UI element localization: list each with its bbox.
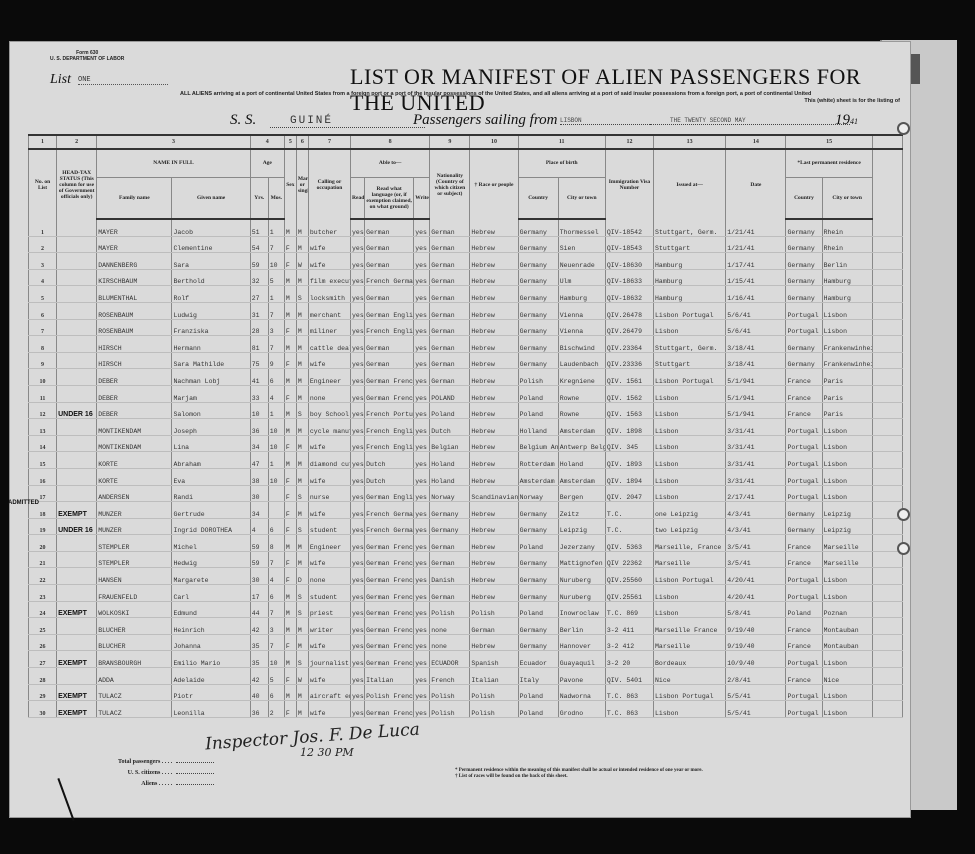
can-write: yes xyxy=(414,452,430,469)
residence-country: Germany xyxy=(786,518,822,535)
issued-at: Nice xyxy=(654,668,726,685)
race: Hebrew xyxy=(470,236,518,253)
family-name: KORTE xyxy=(97,468,172,485)
admitted-stamp: ADMITTED xyxy=(8,500,38,506)
head-tax-status xyxy=(57,585,97,602)
age-years: 35 xyxy=(250,651,268,668)
age-years: 32 xyxy=(250,269,268,286)
blank-cell xyxy=(872,269,902,286)
header-family-name: Family name xyxy=(97,177,172,219)
birth-country: Germany xyxy=(518,502,558,519)
row-number: 8 xyxy=(29,336,57,353)
issued-at: Lisbon xyxy=(654,402,726,419)
sex: M xyxy=(284,535,296,552)
nationality: Germany xyxy=(430,518,470,535)
residence-city: Poznan xyxy=(822,601,872,618)
marital-status: M xyxy=(296,551,308,568)
marital-status: M xyxy=(296,618,308,635)
family-name: FRAUENFELD xyxy=(97,585,172,602)
age-years: 30 xyxy=(250,485,268,502)
can-write: yes xyxy=(414,634,430,651)
visa-date: 9/19/40 xyxy=(726,618,786,635)
head-tax-status xyxy=(57,336,97,353)
read-language: German xyxy=(365,253,414,270)
age-months: 7 xyxy=(268,601,284,618)
can-read: yes xyxy=(351,668,365,685)
head-tax-status xyxy=(57,319,97,336)
age-months: 6 xyxy=(268,684,284,701)
can-read: yes xyxy=(351,369,365,386)
occupation: Engineer xyxy=(308,369,350,386)
issued-at: Lisbon xyxy=(654,601,726,618)
head-tax-status: UNDER 16 xyxy=(57,518,97,535)
residence-country: Germany xyxy=(786,286,822,303)
residence-country: Germany xyxy=(786,352,822,369)
race: Hebrew xyxy=(470,535,518,552)
residence-country: France xyxy=(786,551,822,568)
birth-city: Thormessel xyxy=(558,219,605,236)
residence-city: Rhein xyxy=(822,236,872,253)
given-name: Adelaide xyxy=(172,668,250,685)
list-value: ONE xyxy=(78,76,168,85)
header-read: Read xyxy=(351,177,365,219)
total-passengers: Total passengers . . . . xyxy=(118,757,214,768)
blank-cell xyxy=(872,485,902,502)
race: Hebrew xyxy=(470,219,518,236)
birth-city: Antwerp Belgium xyxy=(558,435,605,452)
nationality: German xyxy=(430,219,470,236)
age-years: 4 xyxy=(250,518,268,535)
can-write: yes xyxy=(414,402,430,419)
race: Hebrew xyxy=(470,585,518,602)
residence-city: Leipzig xyxy=(822,518,872,535)
family-name: HANSEN xyxy=(97,568,172,585)
table-row: 9HIRSCHSara Mathilde759FMwifeyesGermanye… xyxy=(29,352,903,369)
race: Hebrew xyxy=(470,634,518,651)
col-num: 9 xyxy=(430,135,470,149)
table-row: 15KORTEAbraham471MMdiamond cutteryesDutc… xyxy=(29,452,903,469)
head-tax-status: EXEMPT xyxy=(57,651,97,668)
header-no-on-list: No. on List xyxy=(29,149,57,219)
marital-status: M xyxy=(296,369,308,386)
residence-country: Portugal xyxy=(786,452,822,469)
sex: M xyxy=(284,419,296,436)
given-name: Hedwig xyxy=(172,551,250,568)
head-tax-status xyxy=(57,236,97,253)
race: Scandinavian xyxy=(470,485,518,502)
issued-at: Stuttgart xyxy=(654,236,726,253)
residence-city: Lisbon xyxy=(822,568,872,585)
nationality: Holand xyxy=(430,452,470,469)
visa-date: 4/20/41 xyxy=(726,568,786,585)
age-years: 41 xyxy=(250,369,268,386)
issued-at: Lisbon xyxy=(654,485,726,502)
given-name: Nachman Lobj xyxy=(172,369,250,386)
visa-number: T.C. 863 xyxy=(605,684,653,701)
residence-country: Germany xyxy=(786,502,822,519)
visa-number: QIV-18633 xyxy=(605,269,653,286)
issued-at: Lisbon xyxy=(654,701,726,718)
row-number: 21 xyxy=(29,551,57,568)
head-tax-status xyxy=(57,369,97,386)
age-years: 59 xyxy=(250,253,268,270)
visa-date: 3/5/41 xyxy=(726,535,786,552)
visa-date: 2/17/41 xyxy=(726,485,786,502)
birth-city: Holand xyxy=(558,452,605,469)
can-write: yes xyxy=(414,485,430,502)
race: Hebrew xyxy=(470,319,518,336)
race: Hebrew xyxy=(470,352,518,369)
marital-status: W xyxy=(296,668,308,685)
visa-number: QIV-18543 xyxy=(605,236,653,253)
age-months: 3 xyxy=(268,618,284,635)
head-tax-status xyxy=(57,435,97,452)
birth-country: Germany xyxy=(518,352,558,369)
head-tax-status xyxy=(57,385,97,402)
can-write: yes xyxy=(414,684,430,701)
occupation: wife xyxy=(308,551,350,568)
birth-city: Rowne xyxy=(558,385,605,402)
sex: F xyxy=(284,668,296,685)
residence-city: Lisbon xyxy=(822,302,872,319)
head-tax-status xyxy=(57,568,97,585)
can-read: yes xyxy=(351,236,365,253)
table-row: 27EXEMPTBRANSBOURGHEmilio Mario3510MSjou… xyxy=(29,651,903,668)
year-label: 19 xyxy=(835,112,850,128)
residence-country: Portugal xyxy=(786,568,822,585)
residence-city: Montauban xyxy=(822,618,872,635)
read-language: German French xyxy=(365,551,414,568)
age-months: 10 xyxy=(268,435,284,452)
birth-country: Norway xyxy=(518,485,558,502)
occupation: none xyxy=(308,568,350,585)
sex: F xyxy=(284,568,296,585)
sex: F xyxy=(284,701,296,718)
residence-country: France xyxy=(786,402,822,419)
occupation: boy School xyxy=(308,402,350,419)
read-language: German French English xyxy=(365,618,414,635)
race: Hebrew xyxy=(470,402,518,419)
birth-city: Bergen xyxy=(558,485,605,502)
can-write: yes xyxy=(414,518,430,535)
race: Polish xyxy=(470,601,518,618)
residence-city: Lisbon xyxy=(822,468,872,485)
occupation: aircraft engineer xyxy=(308,684,350,701)
header-read-language: Read what language (or, if exemption cla… xyxy=(365,177,414,219)
occupation: Engineer xyxy=(308,535,350,552)
header-able-to: Able to— xyxy=(351,149,430,177)
given-name: Heinrich xyxy=(172,618,250,635)
marital-status: M xyxy=(296,352,308,369)
marital-status: M xyxy=(296,634,308,651)
nationality: Dutch xyxy=(430,419,470,436)
race: Hebrew xyxy=(470,385,518,402)
residence-city: Hamburg xyxy=(822,286,872,303)
age-months: 9 xyxy=(268,352,284,369)
visa-number: QIV.23364 xyxy=(605,336,653,353)
can-write: yes xyxy=(414,419,430,436)
row-number: 6 xyxy=(29,302,57,319)
residence-city: Paris xyxy=(822,402,872,419)
row-number: 4 xyxy=(29,269,57,286)
nationality: none xyxy=(430,634,470,651)
row-number: 7 xyxy=(29,319,57,336)
table-row: 6ROSENBAUMLudwig317MMmerchantyesGerman E… xyxy=(29,302,903,319)
can-write: yes xyxy=(414,253,430,270)
family-name: ROSENBAUM xyxy=(97,302,172,319)
header-place-of-birth: Place of birth xyxy=(518,149,605,177)
table-row: 21STEMPLERHedwig597FMwifeyesGerman Frenc… xyxy=(29,551,903,568)
read-language: German xyxy=(365,352,414,369)
col-num: 3 xyxy=(97,135,251,149)
occupation: diamond cutter xyxy=(308,452,350,469)
table-row: 13MONTIKENDAMJoseph3610MMcycle manufac.y… xyxy=(29,419,903,436)
visa-date: 1/17/41 xyxy=(726,253,786,270)
row-number: 23 xyxy=(29,585,57,602)
age-years: 36 xyxy=(250,701,268,718)
blank-cell xyxy=(872,668,902,685)
issued-at: Lisbon Portugal xyxy=(654,369,726,386)
marital-status: S xyxy=(296,585,308,602)
birth-city: Ulm xyxy=(558,269,605,286)
blank-cell xyxy=(872,352,902,369)
birth-city: Vienna xyxy=(558,319,605,336)
blank-cell xyxy=(872,419,902,436)
row-number: 29 xyxy=(29,684,57,701)
table-row: 28ADDAAdelaide425FWwifeyesItalianyesFren… xyxy=(29,668,903,685)
occupation: wife xyxy=(308,634,350,651)
sailing-label: Passengers sailing from xyxy=(413,112,557,129)
head-tax-status xyxy=(57,419,97,436)
can-read: yes xyxy=(351,551,365,568)
col-num: 10 xyxy=(470,135,518,149)
race: Hebrew xyxy=(470,369,518,386)
occupation: wife xyxy=(308,352,350,369)
read-language: German French Polish xyxy=(365,385,414,402)
head-tax-status: EXEMPT xyxy=(57,684,97,701)
birth-country: Germany xyxy=(518,319,558,336)
col-num: 11 xyxy=(518,135,605,149)
residence-country: Portugal xyxy=(786,419,822,436)
race: Hebrew xyxy=(470,568,518,585)
nationality: ECUADOR xyxy=(430,651,470,668)
marital-status: S xyxy=(296,485,308,502)
visa-date: 3/5/41 xyxy=(726,551,786,568)
manifest-sheet: Form 630 U. S. DEPARTMENT OF LABOR List … xyxy=(10,42,910,817)
sex: M xyxy=(284,336,296,353)
given-name: Jacob xyxy=(172,219,250,236)
issued-at: Lisbon xyxy=(654,585,726,602)
visa-number: QIV.23336 xyxy=(605,352,653,369)
given-name: Edmund xyxy=(172,601,250,618)
row-number: 25 xyxy=(29,618,57,635)
given-name: Margarete xyxy=(172,568,250,585)
nationality: German xyxy=(430,585,470,602)
punch-hole xyxy=(897,122,910,135)
visa-number: T.C. xyxy=(605,518,653,535)
nationality: Belgian xyxy=(430,435,470,452)
read-language: German French English xyxy=(365,568,414,585)
can-write: yes xyxy=(414,568,430,585)
page-title: LIST OR MANIFEST OF ALIEN PASSENGERS FOR… xyxy=(350,64,910,116)
given-name: Hermann xyxy=(172,336,250,353)
age-years: 27 xyxy=(250,286,268,303)
can-read: yes xyxy=(351,502,365,519)
sex: M xyxy=(284,269,296,286)
visa-date: 1/21/41 xyxy=(726,236,786,253)
occupation: student xyxy=(308,585,350,602)
row-number: 1 xyxy=(29,219,57,236)
given-name: Johanna xyxy=(172,634,250,651)
head-tax-status xyxy=(57,535,97,552)
head-tax-status xyxy=(57,468,97,485)
table-row: 3DANNENBERGSara5910FWwifeyesGermanyesGer… xyxy=(29,253,903,270)
table-row: 23FRAUENFELDCarl176MSstudentyesGerman Fr… xyxy=(29,585,903,602)
occupation: merchant xyxy=(308,302,350,319)
marital-status: M xyxy=(296,435,308,452)
residence-city: Lisbon xyxy=(822,585,872,602)
visa-date: 9/19/40 xyxy=(726,634,786,651)
head-tax-status xyxy=(57,452,97,469)
marital-status: S xyxy=(296,402,308,419)
issued-at: Hamburg xyxy=(654,253,726,270)
family-name: BLUCHER xyxy=(97,618,172,635)
read-language: German French English xyxy=(365,651,414,668)
read-language: German French Polish xyxy=(365,369,414,386)
row-number: 9 xyxy=(29,352,57,369)
birth-city: Berlin xyxy=(558,618,605,635)
read-language: German xyxy=(365,286,414,303)
family-name: STEMPLER xyxy=(97,535,172,552)
birth-country: Italy xyxy=(518,668,558,685)
can-read: yes xyxy=(351,684,365,701)
visa-number: QIV. 1898 xyxy=(605,419,653,436)
sex: F xyxy=(284,502,296,519)
us-citizens: U. S. citizens . . . . xyxy=(118,768,214,779)
residence-city: Nice xyxy=(822,668,872,685)
blank-cell xyxy=(872,518,902,535)
read-language: German French English xyxy=(365,634,414,651)
age-months: 4 xyxy=(268,385,284,402)
issued-at: two Leipzig xyxy=(654,518,726,535)
header-birth-city: City or town xyxy=(558,177,605,219)
sex: F xyxy=(284,485,296,502)
issued-at: Marseille, France xyxy=(654,535,726,552)
race: Hebrew xyxy=(470,269,518,286)
visa-date: 5/8/41 xyxy=(726,601,786,618)
sex: F xyxy=(284,236,296,253)
header-married: Married or single xyxy=(296,149,308,219)
birth-city: Neuenrade xyxy=(558,253,605,270)
family-name: DANNENBERG xyxy=(97,253,172,270)
can-write: yes xyxy=(414,701,430,718)
read-language: German xyxy=(365,236,414,253)
age-months xyxy=(268,485,284,502)
residence-country: Portugal xyxy=(786,435,822,452)
given-name: Sara Mathilde xyxy=(172,352,250,369)
residence-country: Portugal xyxy=(786,651,822,668)
age-years: 17 xyxy=(250,585,268,602)
visa-date: 3/31/41 xyxy=(726,452,786,469)
age-months: 7 xyxy=(268,634,284,651)
race: Hebrew xyxy=(470,518,518,535)
blank-cell xyxy=(872,468,902,485)
sex: M xyxy=(284,302,296,319)
race: Hebrew xyxy=(470,452,518,469)
residence-country: Portugal xyxy=(786,684,822,701)
family-name: TULACZ xyxy=(97,701,172,718)
can-read: yes xyxy=(351,568,365,585)
birth-country: Poland xyxy=(518,535,558,552)
age-months: 3 xyxy=(268,319,284,336)
visa-date: 10/9/40 xyxy=(726,651,786,668)
residence-city: Lisbon xyxy=(822,435,872,452)
residence-country: France xyxy=(786,634,822,651)
can-read: yes xyxy=(351,452,365,469)
age-years: 51 xyxy=(250,219,268,236)
birth-country: Poland xyxy=(518,385,558,402)
family-name: MONTIKENDAM xyxy=(97,435,172,452)
can-read: yes xyxy=(351,485,365,502)
marital-status: W xyxy=(296,253,308,270)
nationality: French xyxy=(430,668,470,685)
header-last-residence: *Last permanent residence xyxy=(786,149,872,177)
age-months: 6 xyxy=(268,585,284,602)
inspection-time: 12 30 PM xyxy=(300,746,354,759)
table-row: 18EXEMPTMUNZERGertrude34FMwifeyesFrench … xyxy=(29,502,903,519)
residence-country: France xyxy=(786,668,822,685)
blank-cell xyxy=(872,618,902,635)
nationality: German xyxy=(430,551,470,568)
residence-city: Lisbon xyxy=(822,319,872,336)
visa-number: QIV. 1563 xyxy=(605,402,653,419)
age-years: 59 xyxy=(250,551,268,568)
visa-number: 3-2 20 xyxy=(605,651,653,668)
birth-city: Nuruberg xyxy=(558,585,605,602)
can-write: yes xyxy=(414,651,430,668)
given-name: Emilio Mario xyxy=(172,651,250,668)
row-number: 16 xyxy=(29,468,57,485)
birth-city: Vienna xyxy=(558,302,605,319)
age-months: 10 xyxy=(268,651,284,668)
department-name: U. S. DEPARTMENT OF LABOR xyxy=(50,56,124,62)
age-months: 10 xyxy=(268,419,284,436)
aliens-line xyxy=(176,784,214,785)
occupation: butcher xyxy=(308,219,350,236)
birth-country: Germany xyxy=(518,253,558,270)
age-years: 35 xyxy=(250,634,268,651)
marital-status: M xyxy=(296,502,308,519)
nationality: Germany xyxy=(430,502,470,519)
can-write: yes xyxy=(414,585,430,602)
birth-country: Germany xyxy=(518,269,558,286)
birth-city: Rowne xyxy=(558,402,605,419)
age-years: 59 xyxy=(250,535,268,552)
read-language: French English German xyxy=(365,319,414,336)
blank-cell xyxy=(872,236,902,253)
col-num: 13 xyxy=(654,135,726,149)
marital-status: M xyxy=(296,319,308,336)
row-number: 12 xyxy=(29,402,57,419)
sex: M xyxy=(284,651,296,668)
header-issued-at: Issued at— xyxy=(654,149,726,219)
blank-cell xyxy=(872,551,902,568)
sailing-date: THE TWENTY SECOND MAY xyxy=(650,117,850,125)
family-name: STEMPLER xyxy=(97,551,172,568)
header-race: † Race or people xyxy=(470,149,518,219)
col-num: 14 xyxy=(726,135,786,149)
family-name: WOLKOSKI xyxy=(97,601,172,618)
